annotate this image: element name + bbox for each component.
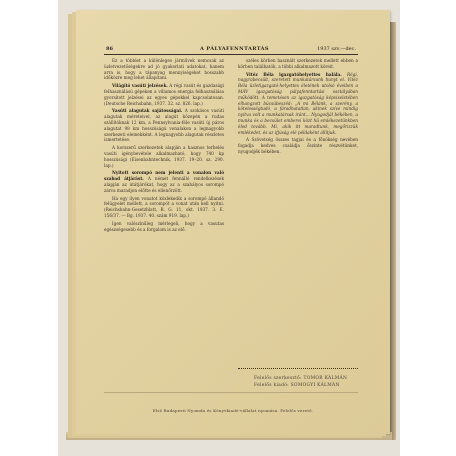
paragraph: Világító vasúti jelzések. A régi vasút é… [104,83,224,106]
section-heading: Világító vasúti jelzések. [112,83,168,88]
issue-date: 1937 szv.—dec. [317,46,356,52]
paragraph: széles körben használt szerkezetek melle… [238,58,358,70]
section-heading: Vitéz Béla igazgatóhelyettes halála. [246,72,342,77]
journal-title: A PÁLYAFENNTARTÁS [200,46,269,52]
page-number: 86 [106,46,113,52]
dotted-separator [238,368,358,369]
paragraph: Ha egy ilyen vonatot közlekedik a soromp… [104,196,224,219]
paragraph: Igen valószínűleg mérlegeli, hogy a vasu… [104,221,224,233]
document-page: 86 A PÁLYAFENNTARTÁS 1937 szv.—dec. Ez a… [76,10,390,434]
section-heading: Vasúti alagutak sajátosságai. [112,108,182,113]
paragraph: A korszerű szerkezetek alapján a hasznos… [104,145,224,168]
editor-signature: Felelős szerkesztő: TOMOR KÁLMÁN [254,376,347,381]
publisher-signature: Felelős kiadó: SOMOGYI KÁLMÁN [254,383,340,388]
page-header: 86 A PÁLYAFENNTARTÁS 1937 szv.—dec. [104,44,358,55]
footer-rule [104,392,358,393]
paragraph: Vitéz Béla igazgatóhelyettes halála. Rég… [238,72,358,136]
left-column: Ez a többlet a különleges járművek nemcs… [104,58,224,234]
printer-imprint: Első Budapesti Nyomda és Könyvkiadó-váll… [76,408,390,413]
paragraph: Vasúti alagutak sajátosságai. A szokásos… [104,108,224,143]
paragraph: Ez a többlet a különleges járművek nemcs… [104,58,224,81]
paragraph: A Szövetség összes tagjai és a főnökség … [238,137,358,154]
right-column: széles körben használt szerkezetek melle… [238,58,358,157]
paragraph: Nyitott sorompó nem jelenti a vonalon va… [104,170,224,193]
